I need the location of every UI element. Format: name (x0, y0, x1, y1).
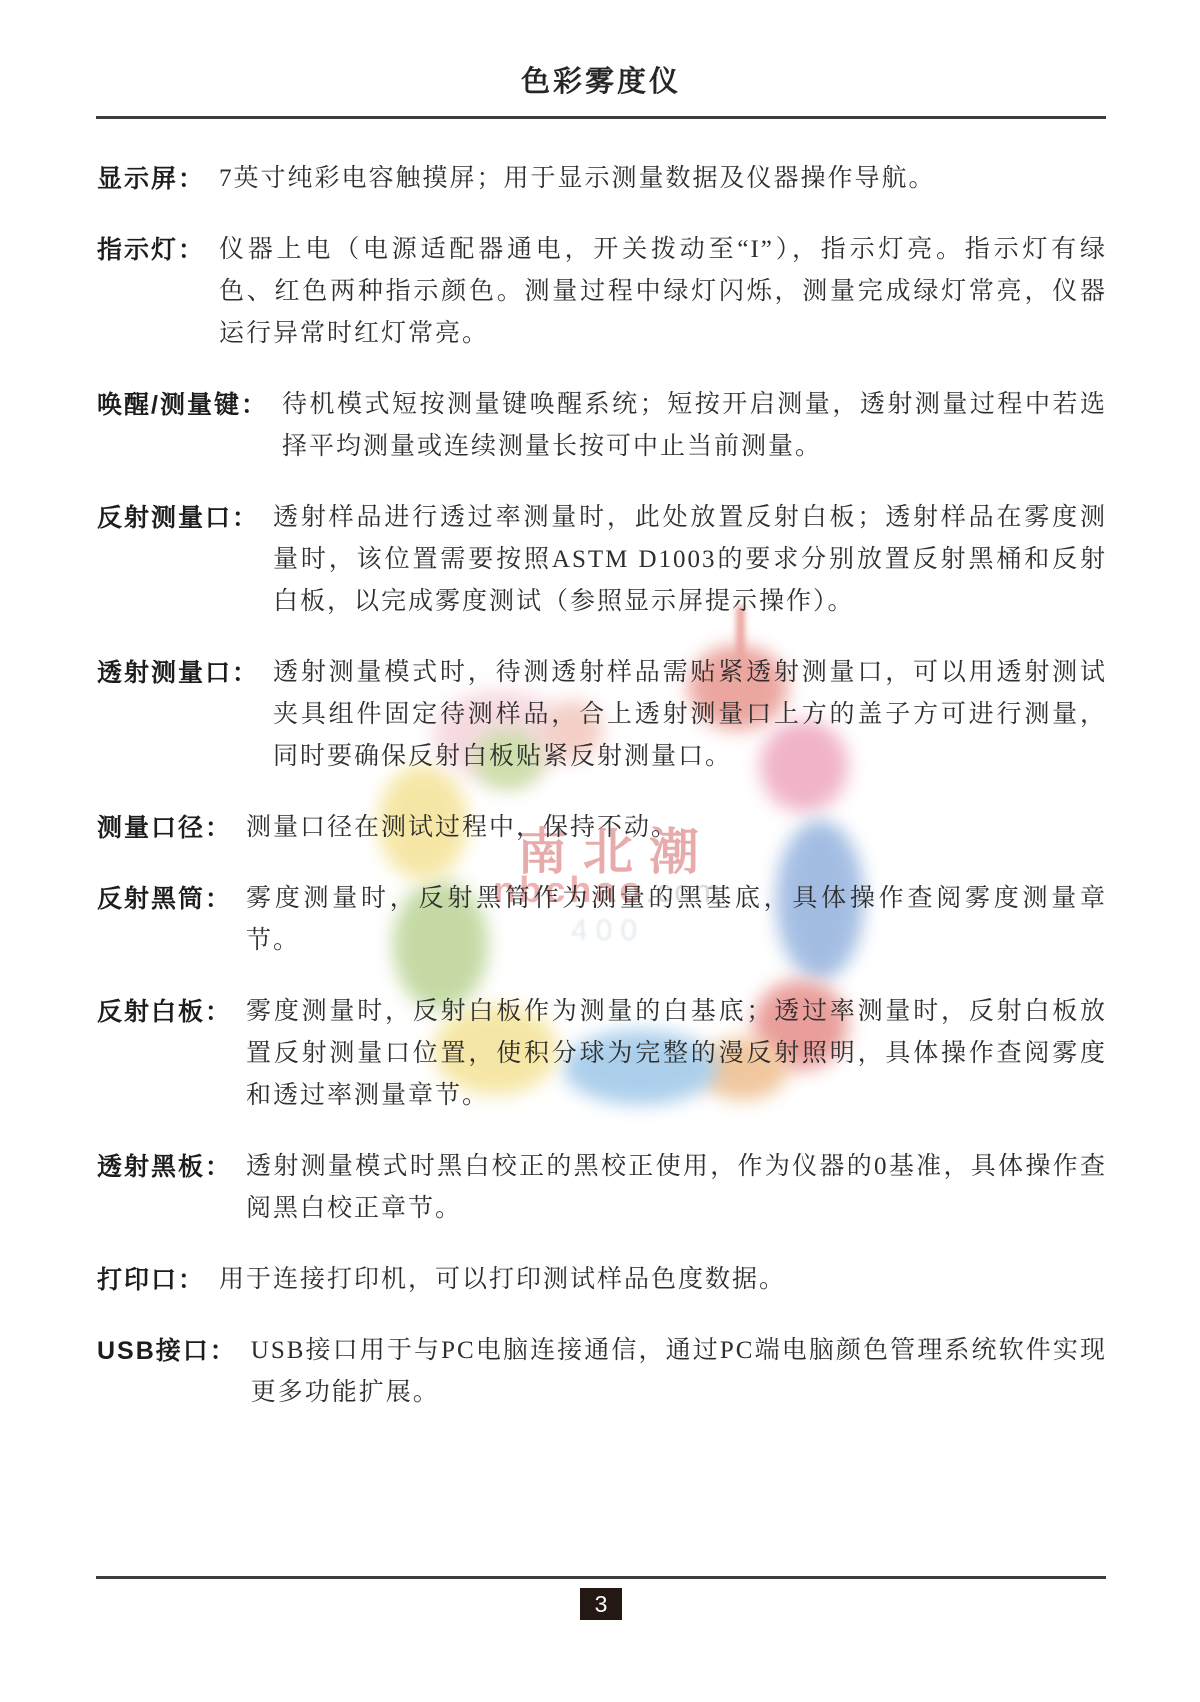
page-number-badge: 3 (580, 1588, 622, 1620)
definition-row-display-screen: 显示屏： 7英寸纯彩电容触摸屏；用于显示测量数据及仪器操作导航。 (97, 158, 1107, 200)
definition-term: 指示灯： (97, 229, 209, 271)
definition-row-aperture: 测量口径： 测量口径在测试过程中，保持不动。 (97, 807, 1107, 849)
definition-description: 待机模式短按测量键唤醒系统；短按开启测量，透射测量过程中若选择平均测量或连续测量… (282, 384, 1107, 468)
definition-description: 雾度测量时，反射白板作为测量的白基底；透过率测量时，反射白板放置反射测量口位置，… (246, 991, 1107, 1117)
definition-description: 透射测量模式时，待测透射样品需贴紧透射测量口，可以用透射测试夹具组件固定待测样品… (273, 652, 1107, 778)
definition-term: 透射黑板： (97, 1146, 236, 1188)
definition-term: 打印口： (97, 1259, 209, 1301)
definition-row-print-port: 打印口： 用于连接打印机，可以打印测试样品色度数据。 (97, 1259, 1107, 1301)
page-header: 色彩雾度仪 (96, 64, 1106, 119)
definition-term: 唤醒/测量键： (97, 384, 272, 426)
definition-description: 用于连接打印机，可以打印测试样品色度数据。 (219, 1259, 1107, 1301)
definition-row-black-board: 透射黑板： 透射测量模式时黑白校正的黑校正使用，作为仪器的0基准，具体操作查阅黑… (97, 1146, 1107, 1230)
definition-row-usb-port: USB接口： USB接口用于与PC电脑连接通信，通过PC端电脑颜色管理系统软件实… (97, 1330, 1107, 1414)
definition-description: 测量口径在测试过程中，保持不动。 (246, 807, 1107, 849)
manual-page: { "page": { "title": "色彩雾度仪", "page_numb… (0, 0, 1200, 1702)
definition-term: 显示屏： (97, 158, 209, 200)
definition-term: 透射测量口： (97, 652, 263, 694)
definition-term: 反射黑筒： (97, 878, 236, 920)
definition-description: USB接口用于与PC电脑连接通信，通过PC端电脑颜色管理系统软件实现更多功能扩展… (251, 1330, 1107, 1414)
definition-row-indicator-light: 指示灯： 仪器上电（电源适配器通电，开关拨动至“I”），指示灯亮。指示灯有绿色、… (97, 229, 1107, 355)
definition-description: 仪器上电（电源适配器通电，开关拨动至“I”），指示灯亮。指示灯有绿色、红色两种指… (219, 229, 1107, 355)
definition-term: 反射白板： (97, 991, 236, 1033)
definition-description: 7英寸纯彩电容触摸屏；用于显示测量数据及仪器操作导航。 (219, 158, 1107, 200)
definition-row-white-board: 反射白板： 雾度测量时，反射白板作为测量的白基底；透过率测量时，反射白板放置反射… (97, 991, 1107, 1117)
definition-description: 透射测量模式时黑白校正的黑校正使用，作为仪器的0基准，具体操作查阅黑白校正章节。 (246, 1146, 1107, 1230)
page-title: 色彩雾度仪 (96, 64, 1106, 100)
definition-row-wake-measure-key: 唤醒/测量键： 待机模式短按测量键唤醒系统；短按开启测量，透射测量过程中若选择平… (97, 384, 1107, 468)
definition-term: 测量口径： (97, 807, 236, 849)
definition-description: 雾度测量时，反射黑筒作为测量的黑基底，具体操作查阅雾度测量章节。 (246, 878, 1107, 962)
definition-term: 反射测量口： (97, 497, 263, 539)
definitions-list: 显示屏： 7英寸纯彩电容触摸屏；用于显示测量数据及仪器操作导航。 指示灯： 仪器… (97, 158, 1107, 1443)
header-rule (96, 116, 1106, 119)
definition-row-black-cylinder: 反射黑筒： 雾度测量时，反射黑筒作为测量的黑基底，具体操作查阅雾度测量章节。 (97, 878, 1107, 962)
definition-row-transmit-port: 透射测量口： 透射测量模式时，待测透射样品需贴紧透射测量口，可以用透射测试夹具组… (97, 652, 1107, 778)
page-footer: 3 (96, 1576, 1106, 1620)
definition-description: 透射样品进行透过率测量时，此处放置反射白板；透射样品在雾度测量时，该位置需要按照… (273, 497, 1107, 623)
footer-rule (96, 1576, 1106, 1579)
definition-term: USB接口： (97, 1330, 241, 1372)
definition-row-reflect-port: 反射测量口： 透射样品进行透过率测量时，此处放置反射白板；透射样品在雾度测量时，… (97, 497, 1107, 623)
